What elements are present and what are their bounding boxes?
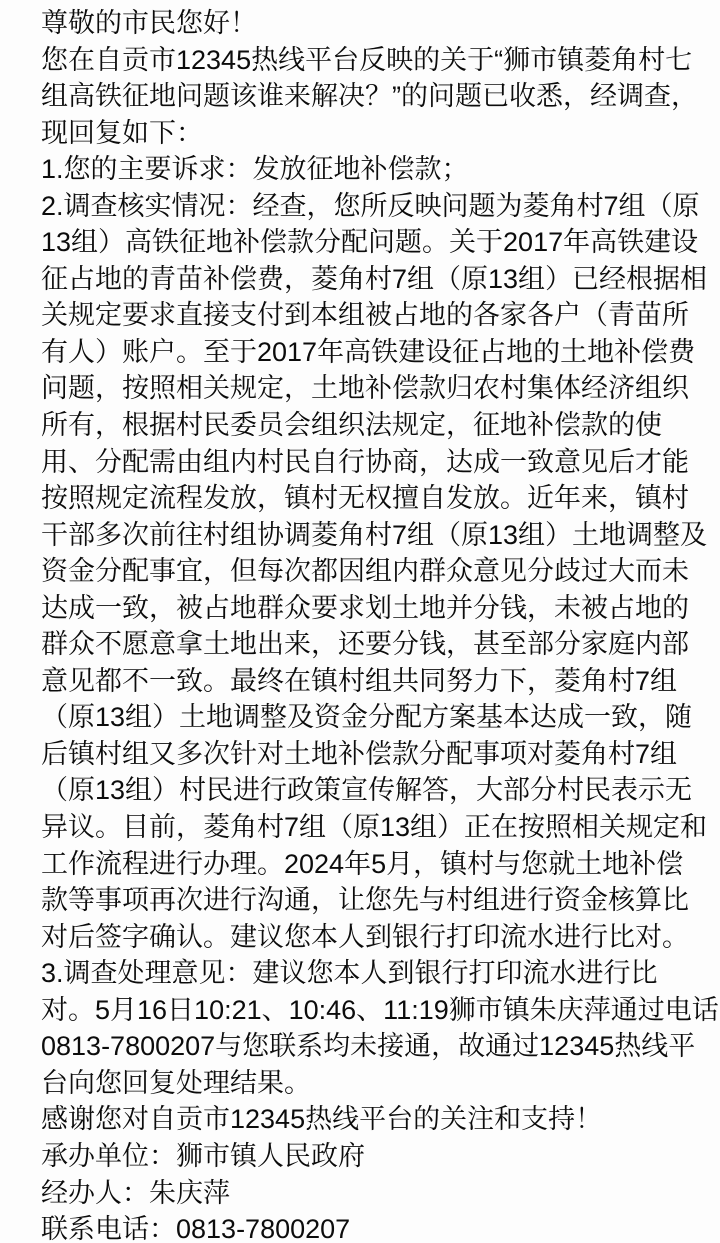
text-line: 意见都不一致。最终在镇村组共同努力下，菱角村7组 — [41, 663, 706, 700]
text-line: 用、分配需由组内村民自行协商，达成一致意见后才能 — [41, 444, 706, 481]
text-line: 异议。目前，菱角村7组（原13组）正在按照相关规定和 — [41, 809, 706, 846]
text-line: 感谢您对自贡市12345热线平台的关注和支持！ — [41, 1101, 706, 1138]
text-line: 经办人：朱庆萍 — [41, 1175, 706, 1212]
text-line: 干部多次前往村组协调菱角村7组（原13组）土地调整及 — [41, 517, 706, 554]
text-line: 联系电话：0813-7800207 — [41, 1211, 706, 1243]
text-line: 有人）账户。至于2017年高铁建设征占地的土地补偿费 — [41, 334, 706, 371]
text-line: 1.您的主要诉求：发放征地补偿款； — [41, 151, 706, 188]
text-line: 3.调查处理意见：建议您本人到银行打印流水进行比 — [41, 955, 706, 992]
text-line: 关规定要求直接支付到本组被占地的各家各户（青苗所 — [41, 297, 706, 334]
text-line: 台向您回复处理结果。 — [41, 1065, 706, 1102]
text-line: 2.调查核实情况：经查，您所反映问题为菱角村7组（原 — [41, 188, 706, 225]
text-line: 0813-7800207与您联系均未接通，故通过12345热线平 — [41, 1028, 706, 1065]
text-line: （原13组）村民进行政策宣传解答，大部分村民表示无 — [41, 772, 706, 809]
text-line: 征占地的青苗补偿费，菱角村7组（原13组）已经根据相 — [41, 261, 706, 298]
text-line: 资金分配事宜，但每次都因组内群众意见分歧过大而未 — [41, 553, 706, 590]
text-line: 尊敬的市民您好！ — [41, 5, 706, 42]
letter-body-lines: 尊敬的市民您好！您在自贡市12345热线平台反映的关于“狮市镇菱角村七组高铁征地… — [41, 5, 706, 1243]
text-line: 按照规定流程发放，镇村无权擅自发放。近年来，镇村 — [41, 480, 706, 517]
text-line: 款等事项再次进行沟通，让您先与村组进行资金核算比 — [41, 882, 706, 919]
hotline-reply-letter: 尊敬的市民您好！您在自贡市12345热线平台反映的关于“狮市镇菱角村七组高铁征地… — [0, 0, 720, 1243]
text-line: 13组）高铁征地补偿款分配问题。关于2017年高铁建设 — [41, 224, 706, 261]
text-line: 工作流程进行办理。2024年5月，镇村与您就土地补偿 — [41, 846, 706, 883]
text-line: 所有，根据村民委员会组织法规定，征地补偿款的使 — [41, 407, 706, 444]
text-line: 问题，按照相关规定，土地补偿款归农村集体经济组织 — [41, 370, 706, 407]
text-line: （原13组）土地调整及资金分配方案基本达成一致，随 — [41, 699, 706, 736]
text-line: 达成一致，被占地群众要求划土地并分钱，未被占地的 — [41, 590, 706, 627]
text-line: 组高铁征地问题该谁来解决？”的问题已收悉，经调查， — [41, 78, 706, 115]
text-line: 您在自贡市12345热线平台反映的关于“狮市镇菱角村七 — [41, 42, 706, 79]
text-line: 群众不愿意拿土地出来，还要分钱，甚至部分家庭内部 — [41, 626, 706, 663]
text-line: 后镇村组又多次针对土地补偿款分配事项对菱角村7组 — [41, 736, 706, 773]
text-line: 对后签字确认。建议您本人到银行打印流水进行比对。 — [41, 919, 706, 956]
text-line: 对。5月16日10:21、10:46、11:19狮市镇朱庆萍通过电话 — [41, 992, 706, 1029]
text-line: 现回复如下： — [41, 115, 706, 152]
text-line: 承办单位：狮市镇人民政府 — [41, 1138, 706, 1175]
